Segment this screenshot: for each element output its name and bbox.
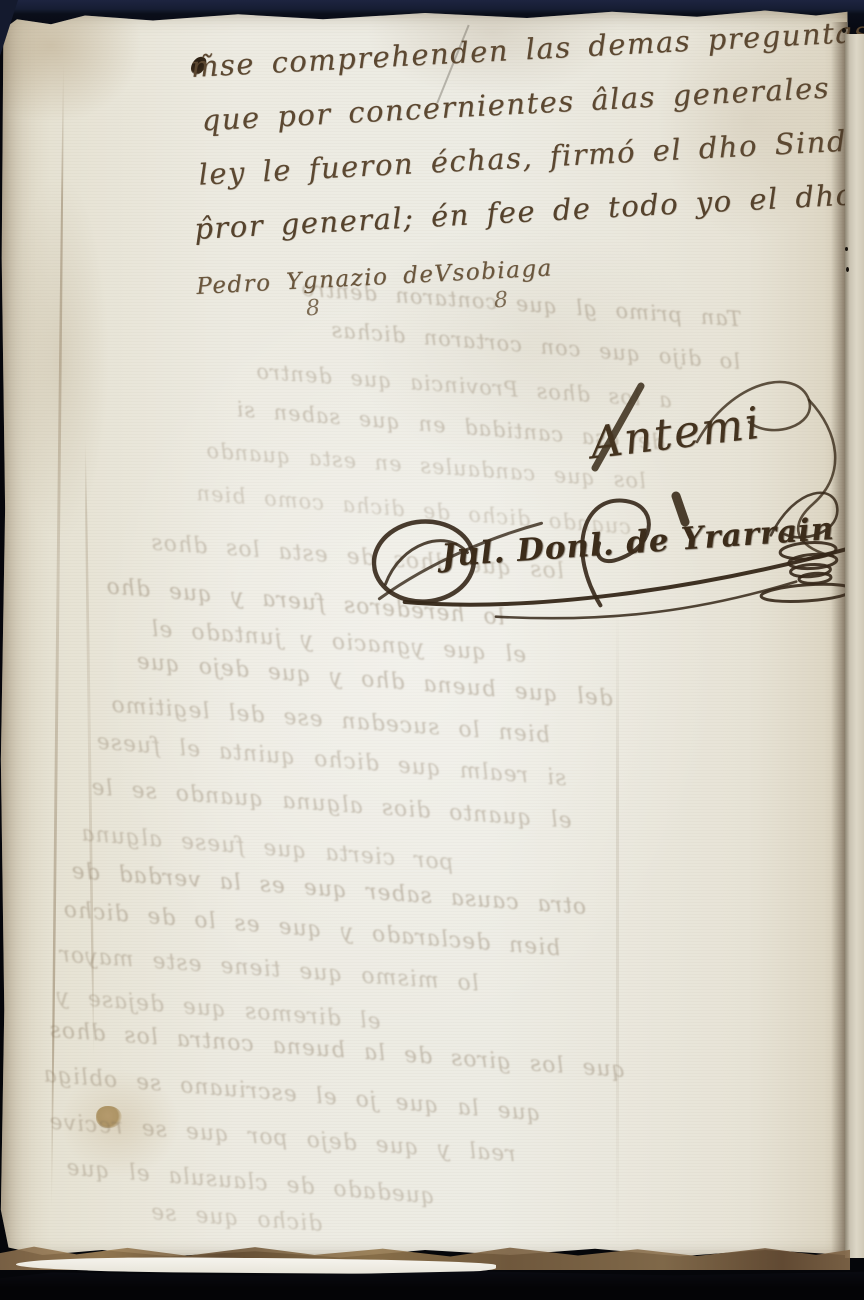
manuscript-scan: Tan primo gl que contaron dentro lo dijo… bbox=[0, 0, 864, 1300]
flourish-mark: 8 bbox=[493, 288, 509, 314]
vertical-crease bbox=[616, 608, 619, 1248]
edge-speck bbox=[846, 267, 849, 272]
binding-bottom bbox=[0, 1270, 864, 1300]
flourish-mark: 8 bbox=[305, 296, 321, 322]
adjacent-page-edge bbox=[845, 34, 864, 1258]
edge-speck bbox=[845, 247, 848, 251]
main-text-block: m̃se comprehenden las demas preguntas qu… bbox=[190, 14, 864, 327]
edge-speck bbox=[842, 28, 846, 33]
